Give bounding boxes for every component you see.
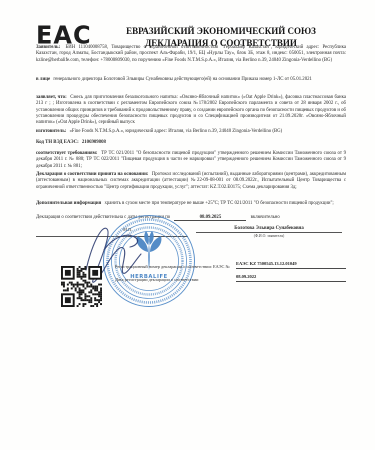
validity-suffix: включительно	[251, 215, 280, 220]
applicant-paragraph: Заявитель: БИН 111040008758, Товариществ…	[36, 45, 346, 64]
declares-text: Смесь для приготовления безалкогольного …	[36, 95, 346, 125]
applicant-text: БИН 111040008758, Товарищество с огранич…	[36, 45, 346, 63]
compliance-label: соответствует требованиям:	[36, 151, 97, 156]
representative-paragraph: в лице генерального директора Болотовой …	[36, 77, 346, 83]
registration-number-value: ЕАЭС KZ 7500545.13.12.01049	[236, 261, 346, 269]
basis-label: Декларация о соответствии принята на осн…	[36, 172, 148, 177]
signatory-caption: (Ф.И.О. заявителя)	[196, 234, 342, 238]
declares-label: заявляет, что:	[36, 95, 67, 100]
declares-paragraph: заявляет, что: Смесь для приготовления б…	[36, 95, 346, 126]
representative-label: в лице	[36, 77, 50, 82]
additional-info-paragraph: Дополнительная информация хранить в сухо…	[36, 201, 346, 207]
tnved-value: 2106909808	[82, 140, 106, 145]
additional-info-label: Дополнительная информация	[36, 201, 101, 206]
registration-date-label: Дата регистрации декларации о соответств…	[115, 277, 237, 282]
declaration-document: ЕАС ЕВРАЗИЙСКИЙ ЭКОНОМИЧЕСКИЙ СОЮЗ ДЕКЛА…	[0, 0, 375, 450]
title-line-1: ЕВРАЗИЙСКИЙ ЭКОНОМИЧЕСКИЙ СОЮЗ	[85, 26, 357, 38]
compliance-paragraph: соответствует требованиям: ТР ТС 021/201…	[36, 151, 346, 170]
additional-info-text: хранить в сухом месте при температуре не…	[105, 201, 334, 206]
representative-text: генерального директора Болотовой Эльвиры…	[53, 77, 312, 82]
manufacturer-label: изготовитель:	[36, 129, 66, 134]
basis-paragraph: Декларация о соответствии принята на осн…	[36, 172, 346, 191]
signatory-name: Болотова Эльвира Сунабековна	[196, 226, 342, 233]
registration-number-label: Регистрационный номер декларации о соотв…	[115, 264, 237, 269]
manufacturer-text: «Fine Foods N.T.M.S.p.A.», юридический а…	[70, 129, 283, 134]
manufacturer-paragraph: изготовитель: «Fine Foods N.T.M.S.p.A.»,…	[36, 129, 346, 135]
applicant-label: Заявитель:	[36, 45, 60, 50]
registration-date-value: 08.09.2022	[236, 274, 346, 282]
signatory-block: Болотова Эльвира Сунабековна (Ф.И.О. зая…	[196, 226, 342, 238]
qr-code	[61, 266, 102, 307]
tnved-paragraph: Код ТН ВЭД ЕАЭС: 2106909808	[36, 140, 346, 146]
tnved-label: Код ТН ВЭД ЕАЭС:	[36, 140, 79, 145]
